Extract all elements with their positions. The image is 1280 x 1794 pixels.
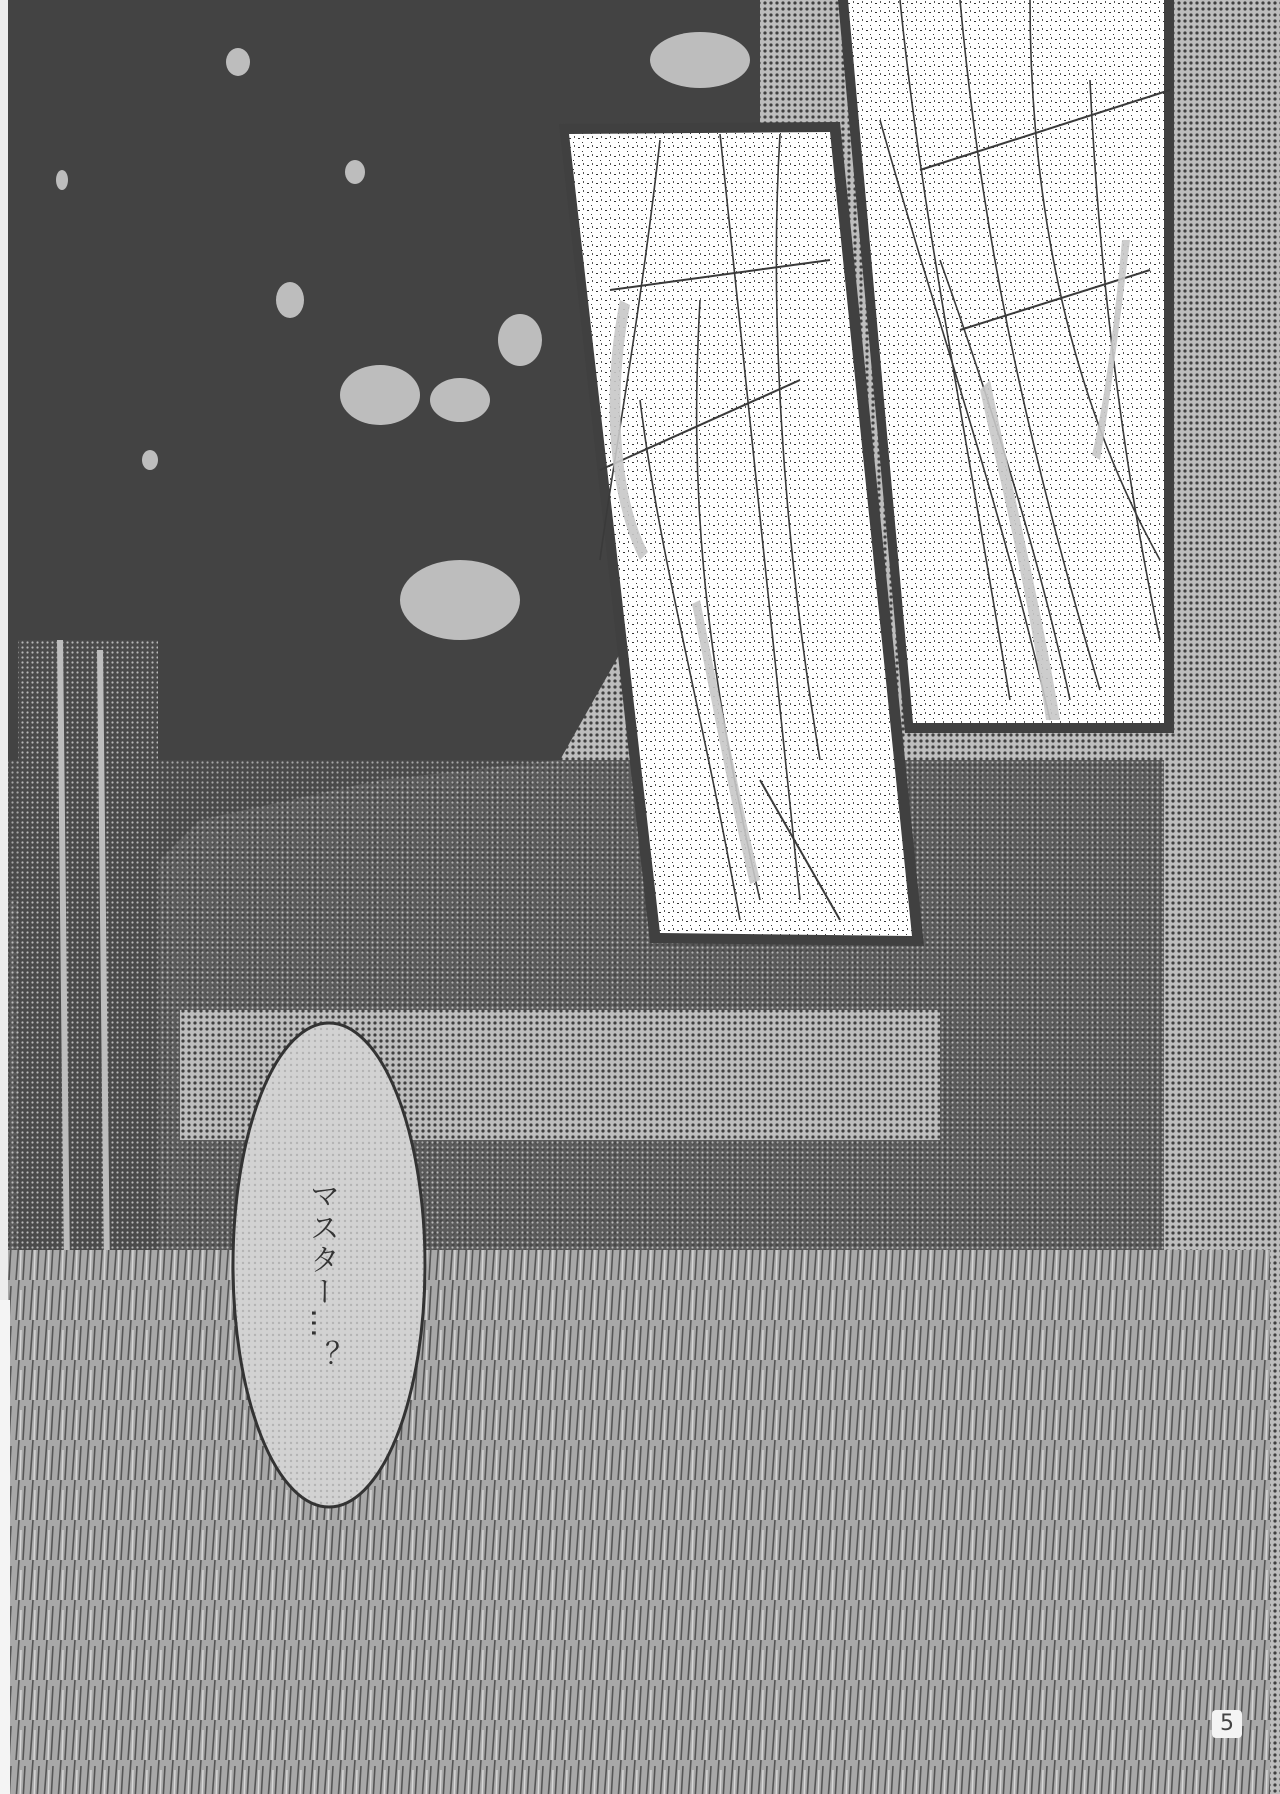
speech-bubble-text: マスター…？ xyxy=(306,1180,336,1372)
page-number: 5 xyxy=(1212,1710,1242,1738)
manga-page xyxy=(0,0,1280,1794)
